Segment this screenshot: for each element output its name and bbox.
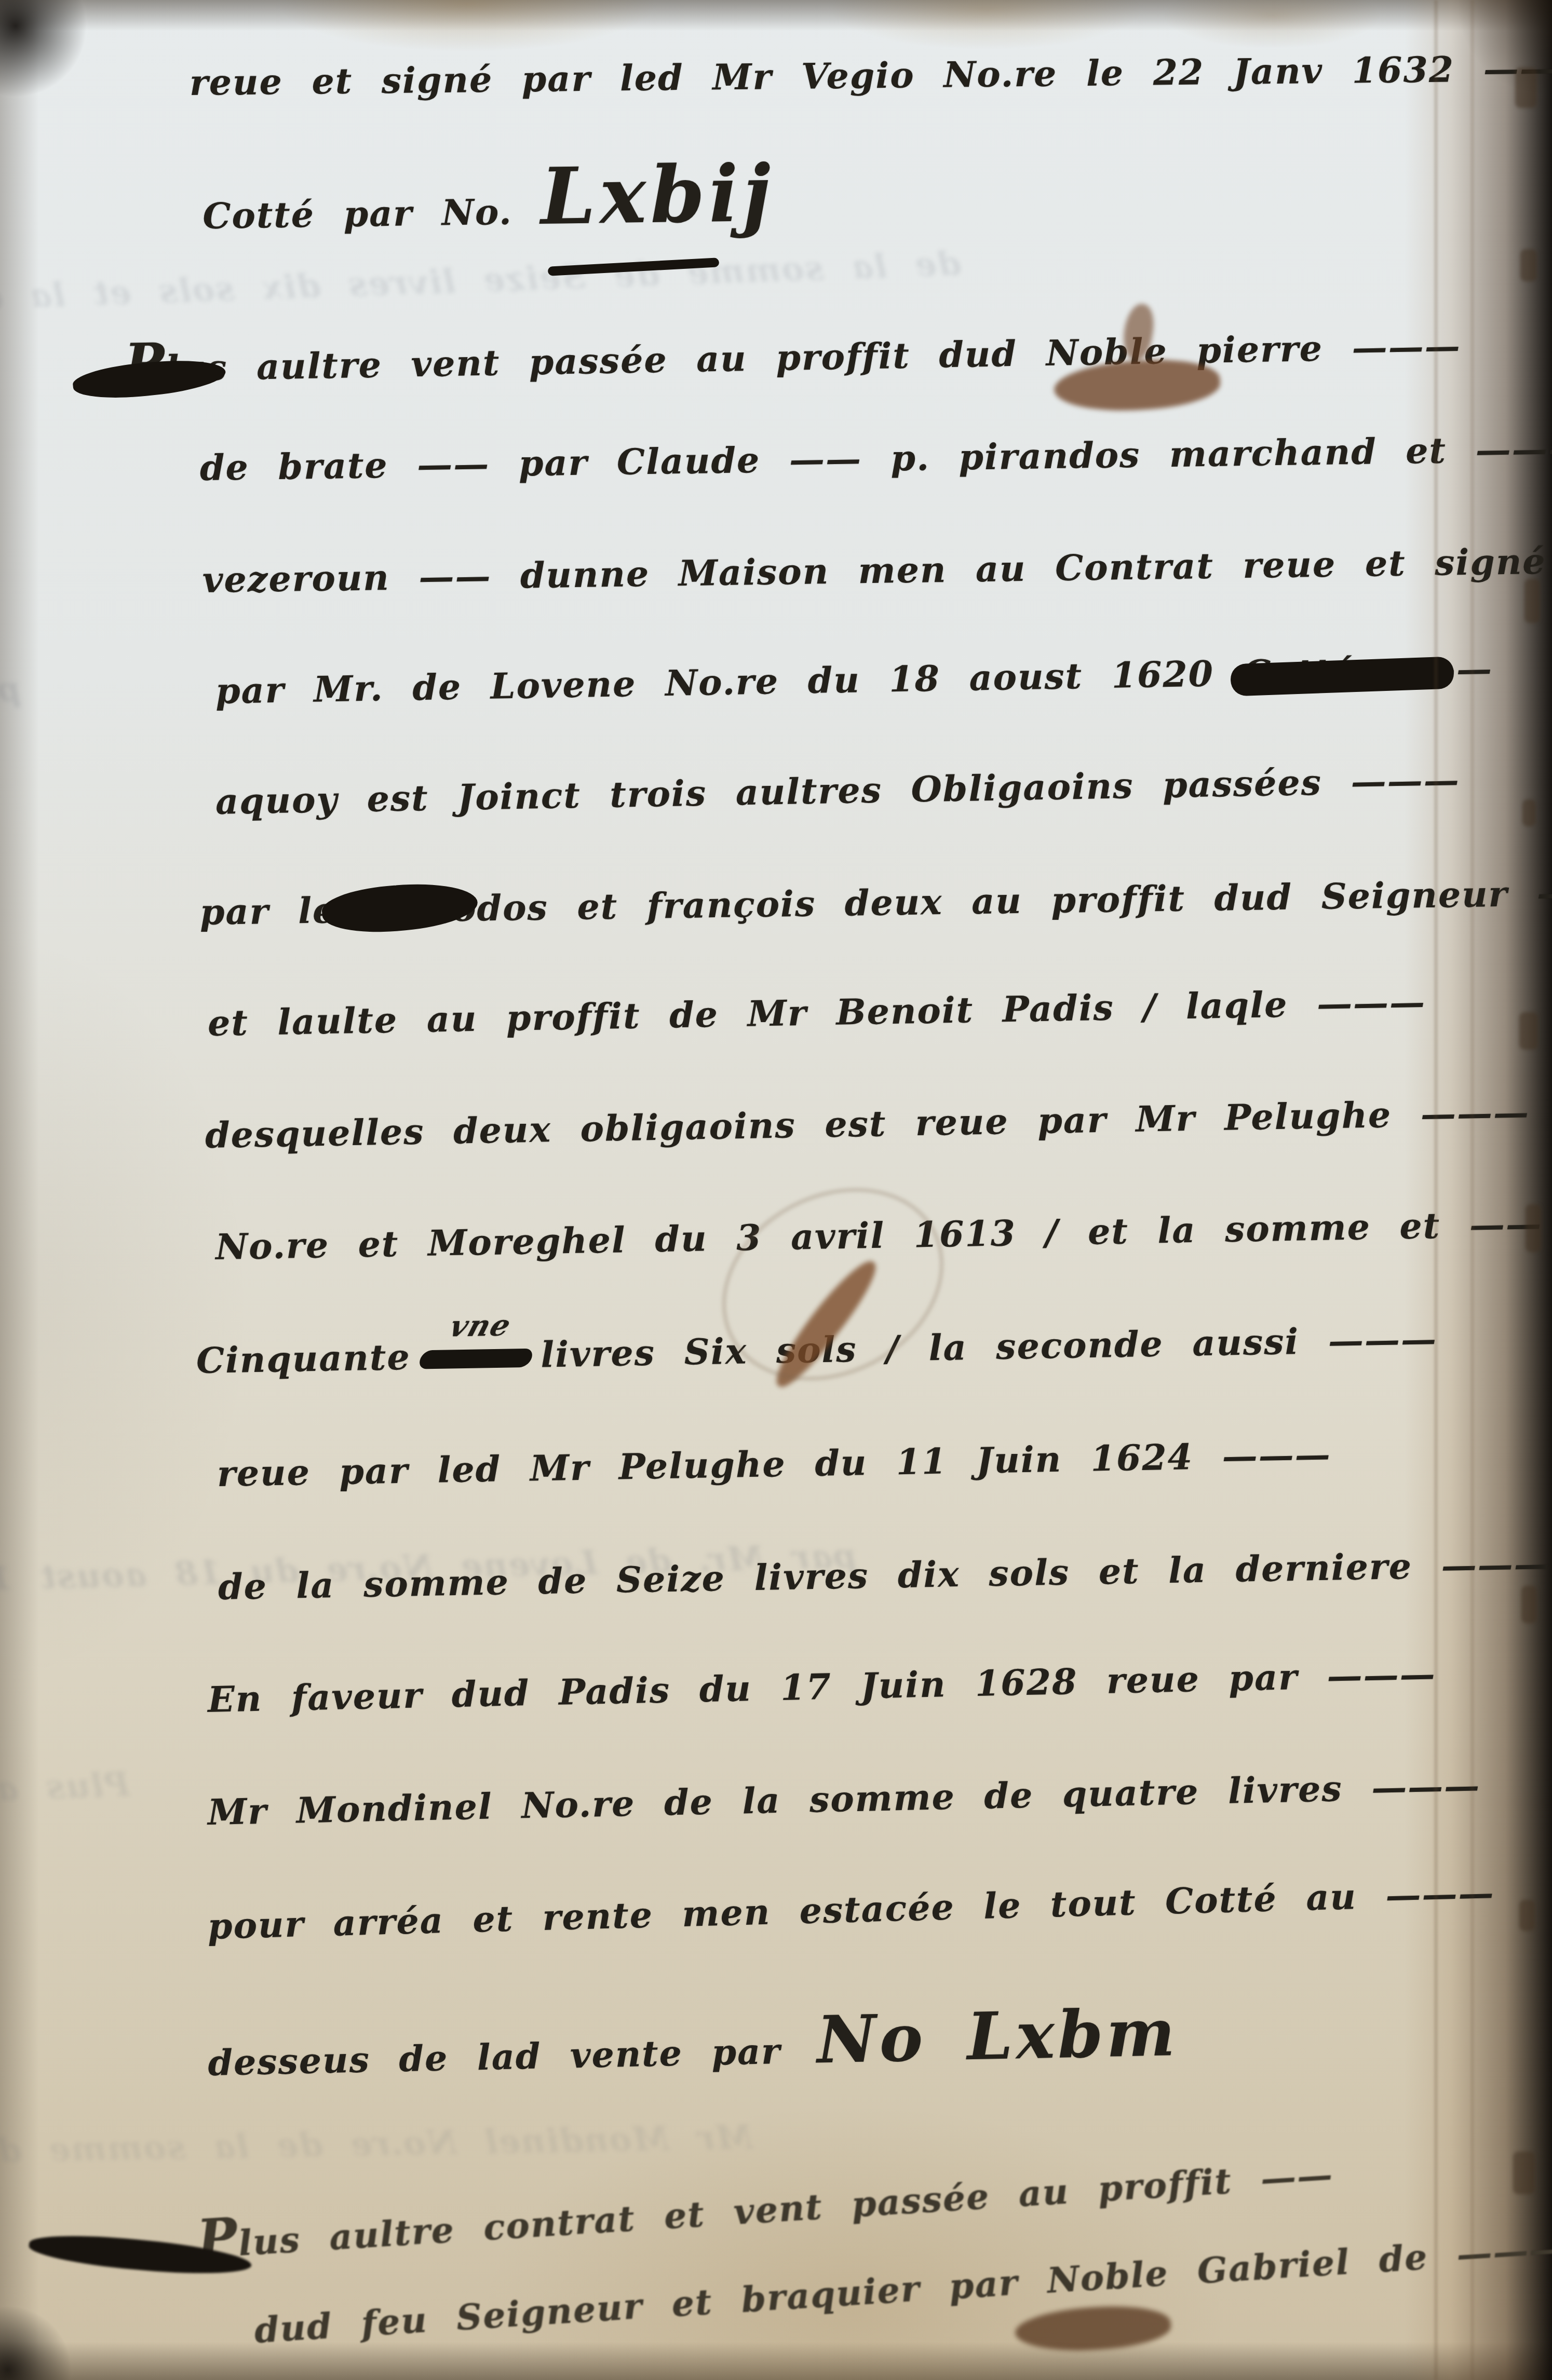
handwritten-line: pour arréa et rente men estacée le tout … bbox=[207, 1872, 1495, 1948]
ink-smudge bbox=[1014, 2302, 1172, 2356]
edge-mark bbox=[1524, 579, 1540, 623]
page-edge-crease bbox=[1434, 0, 1438, 2380]
handwritten-line: reue et signé par led Mr Vegio No.re le … bbox=[190, 48, 1552, 104]
cote-label: Cotté par No. bbox=[203, 192, 512, 237]
edge-mark bbox=[1520, 249, 1537, 281]
handwritten-line: vezeroun —— dunne Maison men au Contrat … bbox=[202, 539, 1552, 601]
ghost-writing: par led Pirodos et françois deux au prof… bbox=[0, 670, 21, 756]
scanned-photo: { "document": { "description": "Handwrit… bbox=[0, 0, 1552, 2380]
manuscript-page: par led Pirodos et françois deux au prof… bbox=[0, 0, 1552, 2380]
edge-mark bbox=[1522, 799, 1536, 826]
edge-mark bbox=[1519, 1900, 1535, 1931]
edge-mark bbox=[1519, 1012, 1538, 1050]
page-edge-crease bbox=[1470, 0, 1474, 2380]
inserted-word: vne bbox=[446, 1308, 516, 1343]
edge-mark bbox=[1526, 1204, 1541, 1252]
line-text-pre: Cinquante bbox=[196, 1337, 411, 1382]
cote-line: Cotté par No.Lxbij bbox=[202, 148, 776, 247]
handwritten-line: reue par led Mr Pelughe du 11 Juin 1624 … bbox=[217, 1434, 1331, 1495]
handwritten-line: de brate —— par Claude —— p. pirandos ma… bbox=[199, 428, 1552, 489]
cote-number: Lxbij bbox=[540, 148, 775, 242]
handwritten-line: desquelles deux obligaoins est reue par … bbox=[205, 1092, 1530, 1157]
ghost-writing: Mr Mondinel No.re de la somme de quatre … bbox=[0, 2118, 753, 2178]
pencil-oval bbox=[688, 1150, 978, 1419]
edge-mark bbox=[1515, 67, 1537, 108]
strikethrough-blot: vne bbox=[417, 1349, 534, 1369]
handwritten-line: et laulte au proffit de Mr Benoit Padis … bbox=[207, 982, 1426, 1044]
line-text-pre: desseus de lad vente par bbox=[208, 2031, 781, 2084]
edge-mark bbox=[1521, 1586, 1537, 1623]
handwritten-line: Mr Mondinel No.re de la somme de quatre … bbox=[207, 1765, 1481, 1833]
handwritten-line: En faveur dud Padis du 17 Juin 1628 reue… bbox=[207, 1653, 1436, 1721]
handwritten-line: Plus aultre vent passée au proffit dud N… bbox=[124, 309, 1461, 395]
ghost-writing: Plus aultre vent passée au proffit dud N… bbox=[0, 1765, 130, 1847]
edge-mark bbox=[1513, 2152, 1535, 2194]
registry-reference-line: desseus de lad vente parNo Lxbm bbox=[207, 1995, 1179, 2091]
ghost-writing: de la somme de Seize livres dix sols et … bbox=[0, 244, 961, 327]
line-text-post: livres Six sols / la seconde aussi ——— bbox=[541, 1318, 1438, 1376]
ink-blot bbox=[71, 355, 227, 403]
registry-number-large: No Lxbm bbox=[816, 1995, 1179, 2078]
handwritten-line: aquoy est Joinct trois aultres Obligaoin… bbox=[215, 759, 1460, 823]
